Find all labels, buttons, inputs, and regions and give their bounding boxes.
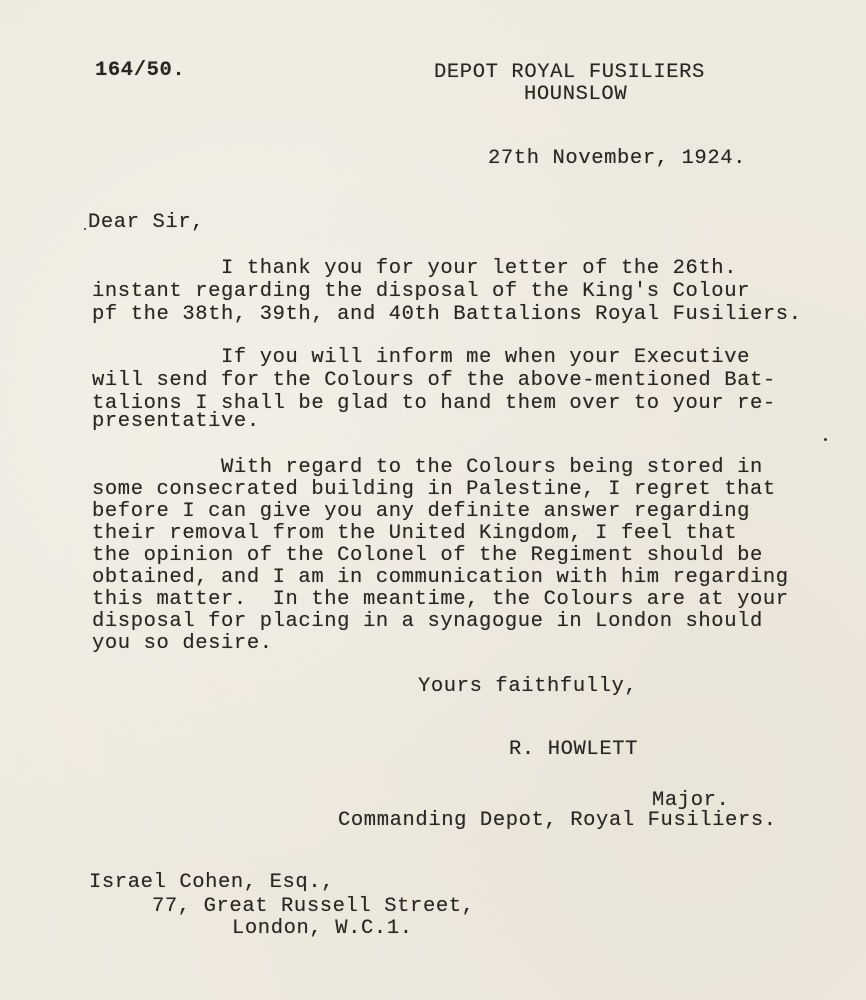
- body-line: their removal from the United Kingdom, I…: [92, 523, 737, 545]
- body-line: presentative.: [92, 411, 260, 433]
- body-line: this matter. In the meantime, the Colour…: [92, 589, 789, 611]
- body-line: instant regarding the disposal of the Ki…: [92, 281, 750, 303]
- body-line: I thank you for your letter of the 26th.: [92, 258, 737, 280]
- recipient-line-3: London, W.C.1.: [232, 918, 413, 940]
- body-line: pf the 38th, 39th, and 40th Battalions R…: [92, 304, 802, 326]
- salutation: Dear Sir,: [88, 212, 204, 234]
- body-line: some consecrated building in Palestine, …: [92, 479, 776, 501]
- sender-header-line-2: HOUNSLOW: [524, 84, 627, 106]
- signatory-title: Commanding Depot, Royal Fusiliers.: [338, 810, 777, 832]
- closing: Yours faithfully,: [418, 676, 637, 698]
- body-line: will send for the Colours of the above-m…: [92, 370, 776, 392]
- body-line: obtained, and I am in communication with…: [92, 567, 789, 589]
- paper-speck: [824, 438, 827, 441]
- body-line: you so desire.: [92, 633, 273, 655]
- body-line: the opinion of the Colonel of the Regime…: [92, 545, 763, 567]
- recipient-line-1: Israel Cohen, Esq.,: [89, 872, 334, 894]
- signatory-name: R. HOWLETT: [509, 739, 638, 761]
- recipient-line-2: 77, Great Russell Street,: [152, 896, 475, 918]
- letter-page: 164/50. DEPOT ROYAL FUSILIERS HOUNSLOW 2…: [0, 0, 866, 1000]
- reference-number: 164/50.: [95, 60, 185, 82]
- body-line: If you will inform me when your Executiv…: [92, 347, 750, 369]
- body-line: With regard to the Colours being stored …: [92, 457, 763, 479]
- body-line: before I can give you any definite answe…: [92, 501, 750, 523]
- body-line: disposal for placing in a synagogue in L…: [92, 611, 763, 633]
- paper-speck: [84, 228, 86, 230]
- sender-header-line-1: DEPOT ROYAL FUSILIERS: [434, 62, 705, 84]
- letter-date: 27th November, 1924.: [488, 148, 746, 170]
